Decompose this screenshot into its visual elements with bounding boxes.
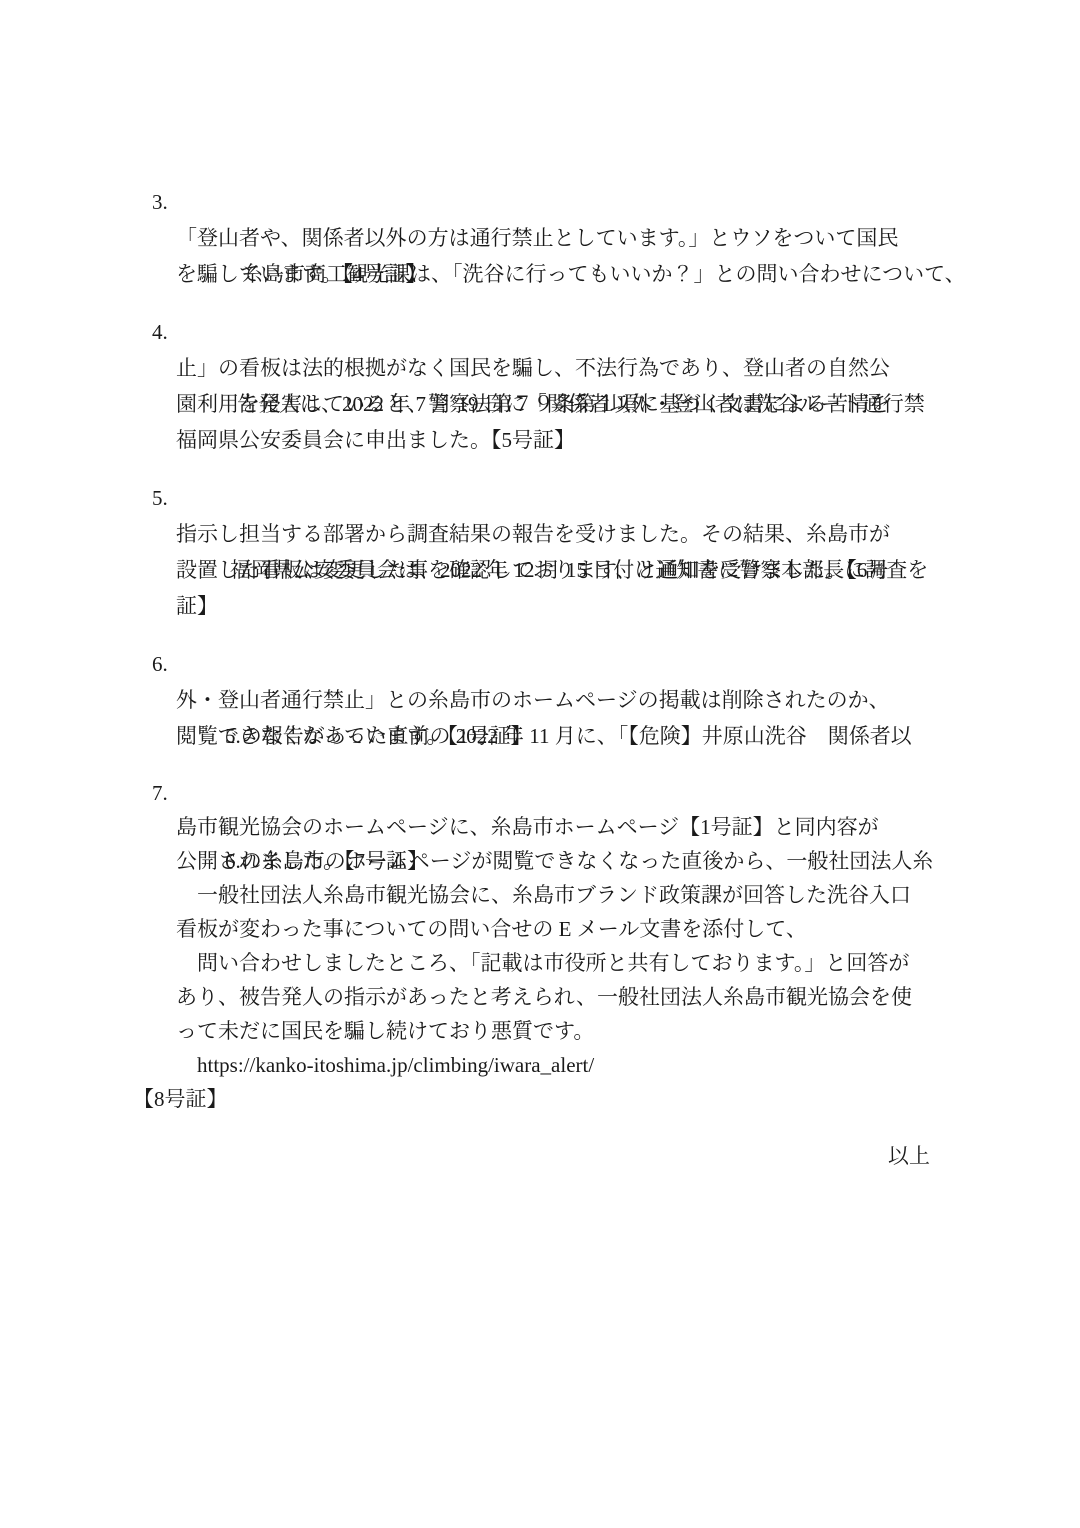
text-line: 「登山者や、関係者以外の方は通行禁止としています。」とウソをついて国民 [0, 220, 1080, 256]
text-line: 公開されました。【7号証】 [0, 844, 1080, 878]
list-item-6: 6. 5.の報告があった直前の 2022 年 11 月に、「【危険】井原山洗谷 … [0, 646, 1080, 754]
text-line: 島市観光協会のホームページに、糸島市ホームページ【1号証】と同内容が [0, 810, 1080, 844]
item-first-line: 7. 6.の糸島市のホームページが閲覧できなくなった直後から、一般社団法人糸 [0, 776, 1080, 810]
item-first-line: 6. 5.の報告があった直前の 2022 年 11 月に、「【危険】井原山洗谷 … [0, 646, 1080, 682]
text-line: 閲覧できなくなっています。【1号証】 [0, 718, 1080, 754]
item-number: 5. [152, 480, 168, 516]
item-first-line: 3. 糸島市商工観光課は、「洗谷に行ってもいいか？」との問い合わせについて、 [0, 184, 1080, 220]
text-line: 証】 [0, 588, 1080, 624]
text-line: を騙しています。【4号証】 [0, 256, 1080, 292]
list-item-7: 7. 6.の糸島市のホームページが閲覧できなくなった直後から、一般社団法人糸 島… [0, 776, 1080, 1116]
text-line: 指示し担当する部署から調査結果の報告を受けました。その結果、糸島市が [0, 516, 1080, 552]
text-line: 外・登山者通行禁止」との糸島市のホームページの掲載は削除されたのか、 [0, 682, 1080, 718]
item-first-line: 4. 告発人は、2022 年 7 月 19 日に「関係者以外・登山者は洗谷ルート… [0, 314, 1080, 350]
item-number: 7. [152, 776, 168, 810]
text-line: って未だに国民を騙し続けており悪質です。 [0, 1014, 1080, 1048]
document-page: 3. 糸島市商工観光課は、「洗谷に行ってもいいか？」との問い合わせについて、 「… [0, 0, 1080, 1528]
text-line: 看板が変わった事についての問い合せの E メール文書を添付して、 [0, 912, 1080, 946]
text-line: 一般社団法人糸島市観光協会に、糸島市ブランド政策課が回答した洗谷入口 [0, 878, 1080, 912]
list-item-4: 4. 告発人は、2022 年 7 月 19 日に「関係者以外・登山者は洗谷ルート… [0, 314, 1080, 458]
exhibit-label: 【8号証】 [0, 1082, 1080, 1116]
item-number: 6. [152, 646, 168, 682]
text-line: 福岡県公安委員会に申出ました。【5号証】 [0, 422, 1080, 458]
list-item-3: 3. 糸島市商工観光課は、「洗谷に行ってもいいか？」との問い合わせについて、 「… [0, 184, 1080, 292]
text-line: 園利用を侵害していると、警察法第７９条第１項に基づく文書による苦情を [0, 386, 1080, 422]
text-line: 設置した看板は変更した事を確認しております、と通知を受けました。【6号 [0, 552, 1080, 588]
item-first-line: 5. 福岡県公安委員会は、2022 年 12 月 15 日付け通知書に警察本部長… [0, 480, 1080, 516]
item-number: 3. [152, 184, 168, 220]
text-line: あり、被告発人の指示があったと考えられ、一般社団法人糸島市観光協会を使 [0, 980, 1080, 1014]
list-item-5: 5. 福岡県公安委員会は、2022 年 12 月 15 日付け通知書に警察本部長… [0, 480, 1080, 624]
document-content: 3. 糸島市商工観光課は、「洗谷に行ってもいいか？」との問い合わせについて、 「… [0, 0, 1080, 1174]
closing-word: 以上 [0, 1138, 1080, 1174]
text-line: 止」の看板は法的根拠がなく国民を騙し、不法行為であり、登山者の自然公 [0, 350, 1080, 386]
text-line: 問い合わせしましたところ、「記載は市役所と共有しております。」と回答が [0, 946, 1080, 980]
item-number: 4. [152, 314, 168, 350]
evidence-url: https://kanko-itoshima.jp/climbing/iwara… [0, 1048, 1080, 1082]
